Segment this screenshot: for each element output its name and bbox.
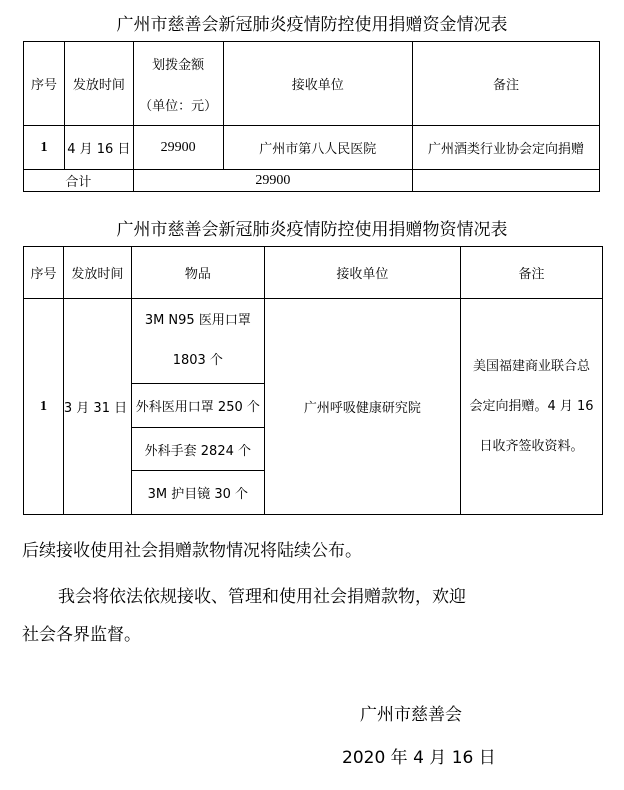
fund-table-title: 广州市慈善会新冠肺炎疫情防控使用捐赠资金情况表 [0,10,624,35]
header-date: 发放时间 [64,42,133,126]
row-date: 3 月 31 日 [63,299,131,515]
goods-table: 序号 发放时间 物品 接收单位 备注 1 3 月 31 日 3M N95 医用口… [23,246,603,515]
fund-table-header-row: 序号 发放时间 划拨金额 （单位：元） 接收单位 备注 [24,42,600,126]
header-item: 物品 [131,247,264,299]
item-goggles: 3M 护目镜 30 个 [131,471,264,515]
row-recipient: 广州呼吸健康研究院 [264,299,460,515]
item-surgical-gloves: 外科手套 2824 个 [131,428,264,471]
header-amount-line2: （单位：元） [134,95,223,114]
row-recipient: 广州市第八人民医院 [223,126,412,170]
total-row: 合计 29900 [24,170,600,192]
header-note: 备注 [413,42,600,126]
note-line3: 日收齐签收资料。 [461,427,602,467]
row-note: 广州酒类行业协会定向捐赠 [413,126,600,170]
row-index: 1 [24,299,64,515]
header-index: 序号 [24,42,65,126]
total-amount: 29900 [133,170,412,192]
header-index: 序号 [24,247,64,299]
table-row: 1 3 月 31 日 3M N95 医用口罩 1803 个 广州呼吸健康研究院 … [24,299,603,384]
fund-table: 序号 发放时间 划拨金额 （单位：元） 接收单位 备注 1 4 月 16 日 2… [23,41,600,192]
note-line1: 美国福建商业联合总 [461,347,602,387]
header-amount-line1: 划拨金额 [134,54,223,73]
item-surgical-mask: 外科医用口罩 250 个 [131,384,264,428]
row-note: 美国福建商业联合总 会定向捐赠。4 月 16 日收齐签收资料。 [461,299,603,515]
paragraph-2-line1: 我会将依法依规接收、管理和使用社会捐赠款物，欢迎 [58,582,466,607]
paragraph-2-line2: 社会各界监督。 [22,620,141,645]
total-label: 合计 [24,170,134,192]
total-note [413,170,600,192]
header-amount: 划拨金额 （单位：元） [133,42,223,126]
signature-org: 广州市慈善会 [360,700,462,725]
header-recipient: 接收单位 [264,247,460,299]
goods-table-header-row: 序号 发放时间 物品 接收单位 备注 [24,247,603,299]
header-recipient: 接收单位 [223,42,412,126]
item-n95-line1: 3M N95 医用口罩 [132,301,264,341]
goods-table-title: 广州市慈善会新冠肺炎疫情防控使用捐赠物资情况表 [0,215,624,240]
row-amount: 29900 [133,126,223,170]
row-date: 4 月 16 日 [64,126,133,170]
row-index: 1 [24,126,65,170]
item-n95-line2: 1803 个 [132,341,264,381]
header-note: 备注 [461,247,603,299]
signature-date: 2020 年 4 月 16 日 [342,743,496,768]
table-row: 1 4 月 16 日 29900 广州市第八人民医院 广州酒类行业协会定向捐赠 [24,126,600,170]
item-cell: 3M N95 医用口罩 1803 个 [131,299,264,384]
header-date: 发放时间 [63,247,131,299]
note-line2: 会定向捐赠。4 月 16 [461,387,602,427]
paragraph-1: 后续接收使用社会捐赠款物情况将陆续公布。 [22,536,362,561]
